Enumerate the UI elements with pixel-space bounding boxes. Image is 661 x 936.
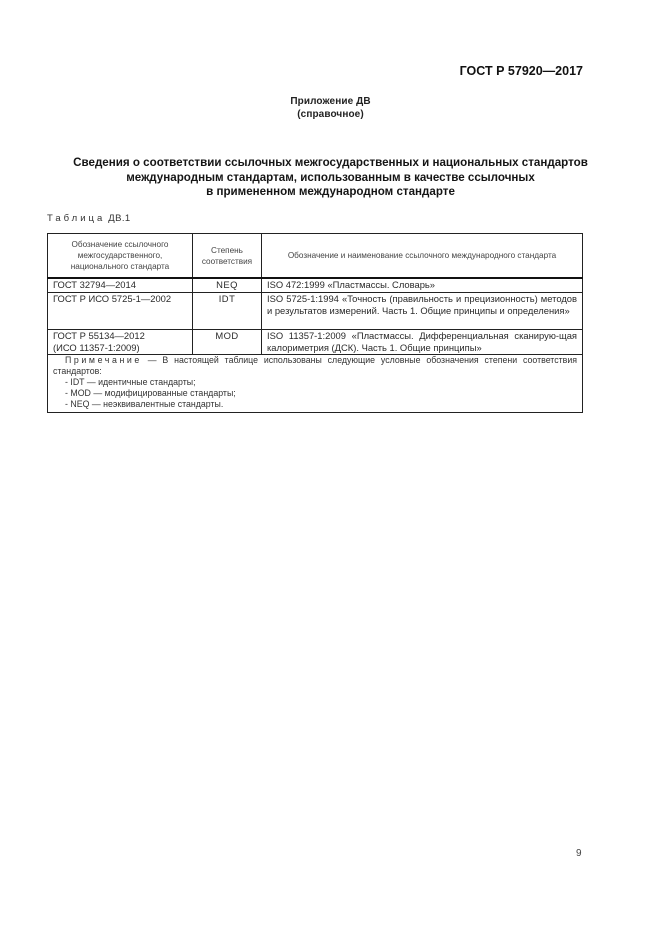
table-caption-word: Таблица — [47, 213, 105, 224]
degree-of-correspondence: MOD — [193, 330, 262, 355]
note-item: - MOD — модифицированные стандарты; — [53, 388, 577, 399]
national-standard-code-line-2: (ИСО 11357-1:2009) — [53, 342, 187, 354]
national-standard-code: ГОСТ 32794—2014 — [48, 278, 193, 293]
table-row: ГОСТ Р ИСО 5725-1—2002 IDT ISO 5725-1:19… — [48, 293, 583, 330]
degree-of-correspondence: IDT — [193, 293, 262, 330]
national-standard-code-line-1: ГОСТ Р 55134—2012 — [53, 330, 187, 342]
table-note-row: Примечание — В настоящей таблице использ… — [48, 355, 583, 413]
header-national-standard: Обозначение ссылочного межгосударственно… — [48, 234, 193, 279]
table-note: Примечание — В настоящей таблице использ… — [48, 355, 583, 413]
appendix-kind: (справочное) — [0, 108, 661, 121]
header-international-standard: Обозначение и наименование ссылочного ме… — [262, 234, 583, 279]
page-number: 9 — [576, 848, 582, 859]
section-title: Сведения о соответствии ссылочных межгос… — [0, 156, 661, 200]
note-item: - IDT — идентичные стандарты; — [53, 377, 577, 388]
international-standard-reference: ISO 5725-1:1994 «Точность (правильность … — [262, 293, 583, 330]
appendix-heading: Приложение ДВ (справочное) — [0, 95, 661, 121]
international-standard-reference: ISO 472:1999 «Пластмассы. Словарь» — [262, 278, 583, 293]
title-line-2: международным стандартам, использованным… — [0, 171, 661, 186]
note-label: Примечание — [65, 355, 142, 365]
header-degree: Степень соответствия — [193, 234, 262, 279]
degree-of-correspondence: NEQ — [193, 278, 262, 293]
note-item: - NEQ — неэквивалентные стандарты. — [53, 399, 577, 410]
table-caption: Таблица ДВ.1 — [47, 213, 131, 224]
document-code: ГОСТ Р 57920—2017 — [460, 64, 583, 78]
note-text: Примечание — В настоящей таблице использ… — [53, 355, 577, 377]
correspondence-table: Обозначение ссылочного межгосударственно… — [47, 233, 583, 413]
national-standard-code: ГОСТ Р ИСО 5725-1—2002 — [48, 293, 193, 330]
national-standard-code: ГОСТ Р 55134—2012 (ИСО 11357-1:2009) — [48, 330, 193, 355]
table-row: ГОСТ 32794—2014 NEQ ISO 472:1999 «Пластм… — [48, 278, 583, 293]
title-line-3: в примененном международном стандарте — [0, 185, 661, 200]
international-standard-reference: ISO 11357-1:2009 «Пластмассы. Дифференци… — [262, 330, 583, 355]
table-row: ГОСТ Р 55134—2012 (ИСО 11357-1:2009) MOD… — [48, 330, 583, 355]
table-header-row: Обозначение ссылочного межгосударственно… — [48, 234, 583, 279]
appendix-label: Приложение ДВ — [0, 95, 661, 108]
title-line-1: Сведения о соответствии ссылочных межгос… — [0, 156, 661, 171]
table-caption-number: ДВ.1 — [108, 213, 130, 224]
